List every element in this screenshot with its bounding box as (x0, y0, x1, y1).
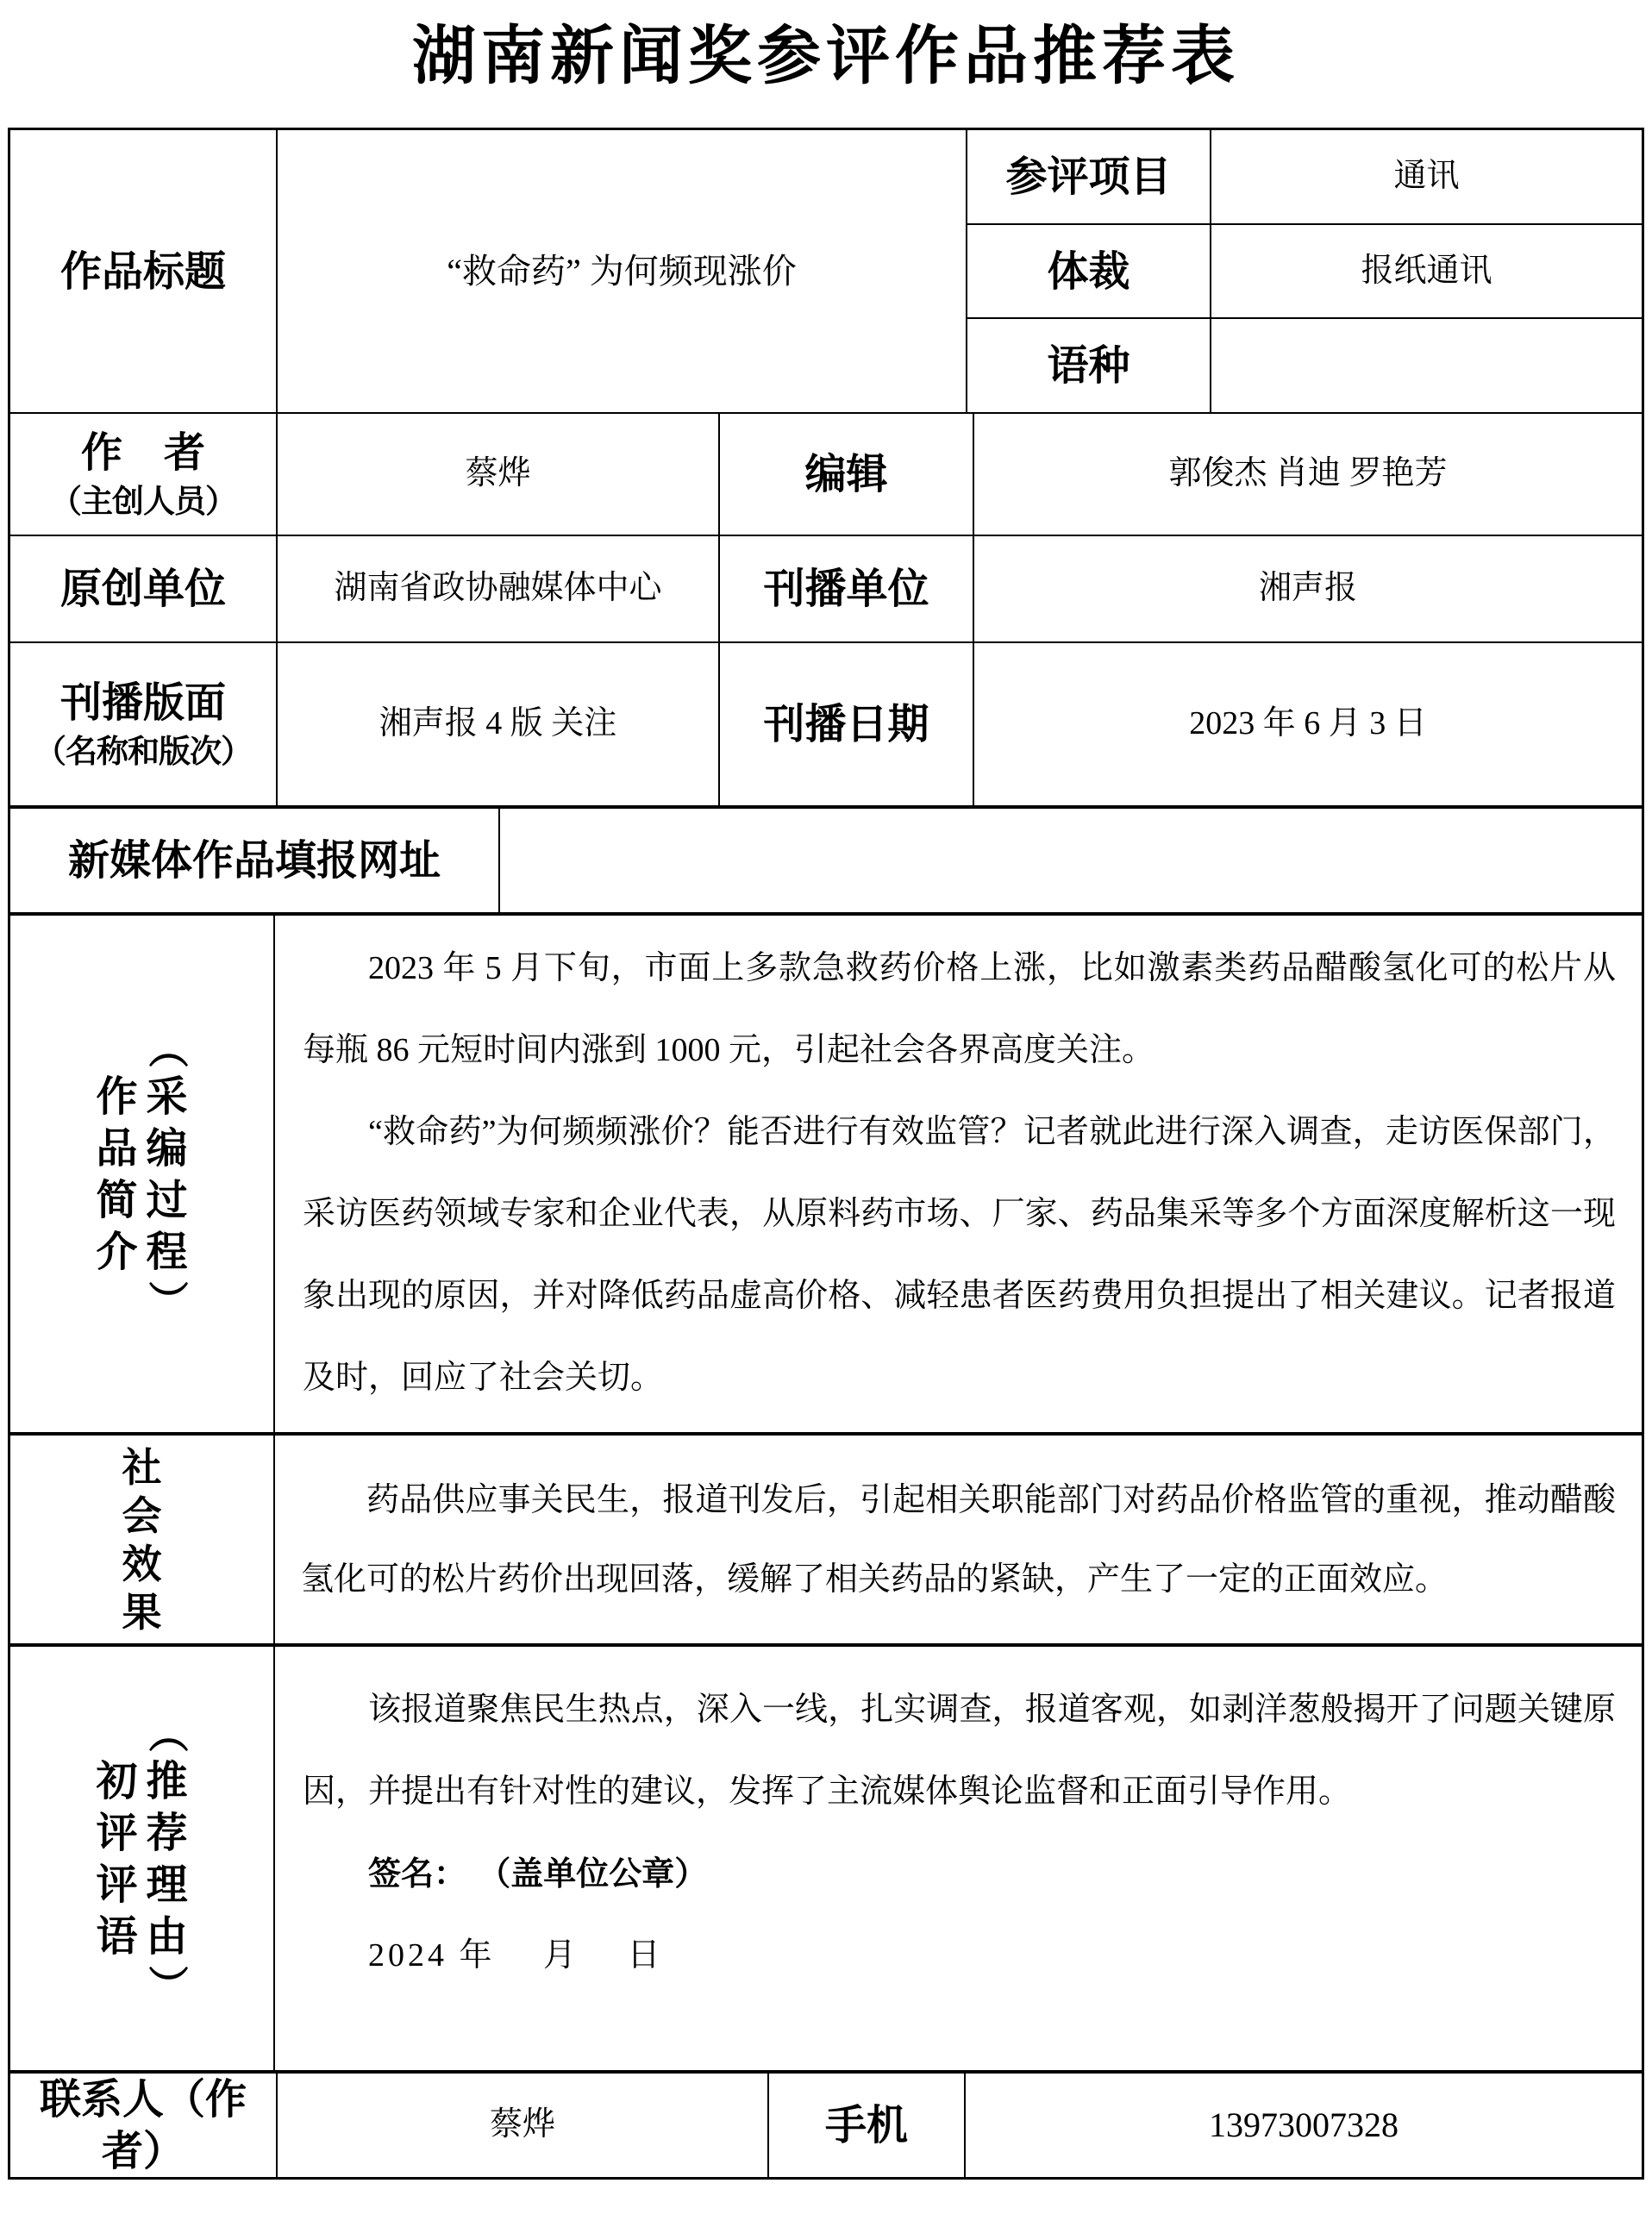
row-recommendation: （ 初评评语 推荐理由 ） 该报道聚焦民生热点，深入一线，扎实调查，报道客观，如… (10, 1643, 1642, 2070)
work-intro-label-col2: 采编过程 (147, 1071, 188, 1278)
publish-unit-value: 湘声报 (974, 536, 1642, 641)
work-intro-label-col1: 作品简介 (96, 1071, 137, 1278)
social-effect-paragraph: 药品供应事关民生，报道刊发后，引起相关职能部门对药品价格监管的重视，推动醋酸氢化… (301, 1461, 1616, 1619)
work-intro-vertical-label: （ 作品简介 采编过程 ） (10, 916, 273, 1432)
work-title-value: “救命药” 为何频现涨价 (278, 130, 967, 412)
publish-date-label: 刊播日期 (720, 643, 974, 805)
recommendation-label-col2: 推荐理由 (147, 1755, 188, 1962)
new-media-url-value (500, 809, 1642, 912)
recommendation-text-cell: 该报道聚焦民生热点，深入一线，扎实调查，报道客观，如剥洋葱般揭开了问题关键原因，… (275, 1647, 1642, 2070)
publish-date-value: 2023 年 6 月 3 日 (974, 643, 1642, 805)
original-unit-value: 湖南省政协融媒体中心 (278, 536, 720, 641)
work-title-label: 作品标题 (10, 130, 278, 412)
subrow-entry-item: 参评项目 通讯 (967, 130, 1642, 223)
recommendation-vertical-label: （ 初评评语 推荐理由 ） (10, 1647, 273, 2070)
social-effect-label: 社会效果 (122, 1443, 162, 1636)
recommendation-form-table: 作品标题 “救命药” 为何频现涨价 参评项目 通讯 体裁 报纸通讯 语种 作 者… (8, 128, 1644, 2180)
social-effect-label-cell: 社会效果 (10, 1436, 275, 1643)
entry-item-value: 通讯 (1211, 130, 1642, 223)
subrow-language: 语种 (967, 317, 1642, 412)
genre-value: 报纸通讯 (1211, 225, 1642, 318)
recommendation-label-cell: （ 初评评语 推荐理由 ） (10, 1647, 275, 2070)
publish-page-label-main: 刊播版面 (60, 677, 226, 729)
work-intro-label-cell: （ 作品简介 采编过程 ） (10, 916, 275, 1432)
contact-label: 联系人（作者） (10, 2074, 278, 2177)
author-label: 作 者 （主创人员） (10, 414, 278, 535)
entry-subtable: 参评项目 通讯 体裁 报纸通讯 语种 (967, 130, 1642, 412)
work-intro-paragraph-2: “救命药”为何频频涨价？能否进行有效监管？记者就此进行深入调查，走访医保部门，采… (303, 1092, 1616, 1419)
editor-value: 郭俊杰 肖迪 罗艳芳 (974, 414, 1642, 535)
row-author-editor: 作 者 （主创人员） 蔡烨 编辑 郭俊杰 肖迪 罗艳芳 (10, 412, 1642, 535)
row-social-effect: 社会效果 药品供应事关民生，报道刊发后，引起相关职能部门对药品价格监管的重视，推… (10, 1432, 1642, 1643)
contact-value: 蔡烨 (278, 2074, 769, 2177)
social-effect-text-cell: 药品供应事关民生，报道刊发后，引起相关职能部门对药品价格监管的重视，推动醋酸氢化… (275, 1436, 1642, 1643)
genre-label: 体裁 (967, 225, 1211, 318)
author-value: 蔡烨 (278, 414, 720, 535)
subrow-genre: 体裁 报纸通讯 (967, 223, 1642, 318)
bracket-close: ） (150, 1280, 185, 1320)
language-label: 语种 (967, 319, 1211, 412)
work-intro-paragraph-1: 2023 年 5 月下旬，市面上多款急救药价格上涨，比如激素类药品醋酸氢化可的松… (303, 928, 1616, 1092)
editor-label: 编辑 (720, 414, 974, 535)
original-unit-label: 原创单位 (10, 536, 278, 641)
phone-label: 手机 (769, 2074, 966, 2177)
row-page-date: 刊播版面 （名称和版次） 湘声报 4 版 关注 刊播日期 2023 年 6 月 … (10, 641, 1642, 805)
new-media-url-label: 新媒体作品填报网址 (10, 809, 500, 912)
recommendation-label-col1: 初评评语 (96, 1755, 137, 1962)
bracket-close: ） (150, 1965, 185, 2005)
row-units: 原创单位 湖南省政协融媒体中心 刊播单位 湘声报 (10, 535, 1642, 641)
author-label-main: 作 者 (81, 427, 205, 479)
publish-page-label: 刊播版面 （名称和版次） (10, 643, 278, 805)
bracket-open: （ (150, 1713, 185, 1753)
recommendation-paragraph: 该报道聚焦民生热点，深入一线，扎实调查，报道客观，如剥洋葱般揭开了问题关键原因，… (303, 1669, 1616, 1833)
publish-unit-label: 刊播单位 (720, 536, 974, 641)
row-contact: 联系人（作者） 蔡烨 手机 13973007328 (10, 2070, 1642, 2177)
publish-page-value: 湘声报 4 版 关注 (278, 643, 720, 805)
signature-line: 签名： （盖单位公章） (303, 1833, 1616, 1915)
language-value (1211, 319, 1642, 412)
bracket-open: （ (150, 1029, 185, 1068)
publish-page-label-sub: （名称和版次） (34, 732, 252, 772)
work-intro-text-cell: 2023 年 5 月下旬，市面上多款急救药价格上涨，比如激素类药品醋酸氢化可的松… (275, 916, 1642, 1432)
entry-item-label: 参评项目 (967, 130, 1211, 223)
author-label-sub: （主创人员） (50, 482, 236, 522)
page-title: 湖南新闻奖参评作品推荐表 (0, 5, 1652, 97)
row-work-intro: （ 作品简介 采编过程 ） 2023 年 5 月下旬，市面上多款急救药价格上涨，… (10, 912, 1642, 1432)
phone-value: 13973007328 (966, 2074, 1642, 2177)
signature-date-line: 2024 年 月 日 (303, 1915, 1616, 1997)
row-new-media-url: 新媒体作品填报网址 (10, 805, 1642, 912)
row-work-title: 作品标题 “救命药” 为何频现涨价 参评项目 通讯 体裁 报纸通讯 语种 (10, 130, 1642, 412)
